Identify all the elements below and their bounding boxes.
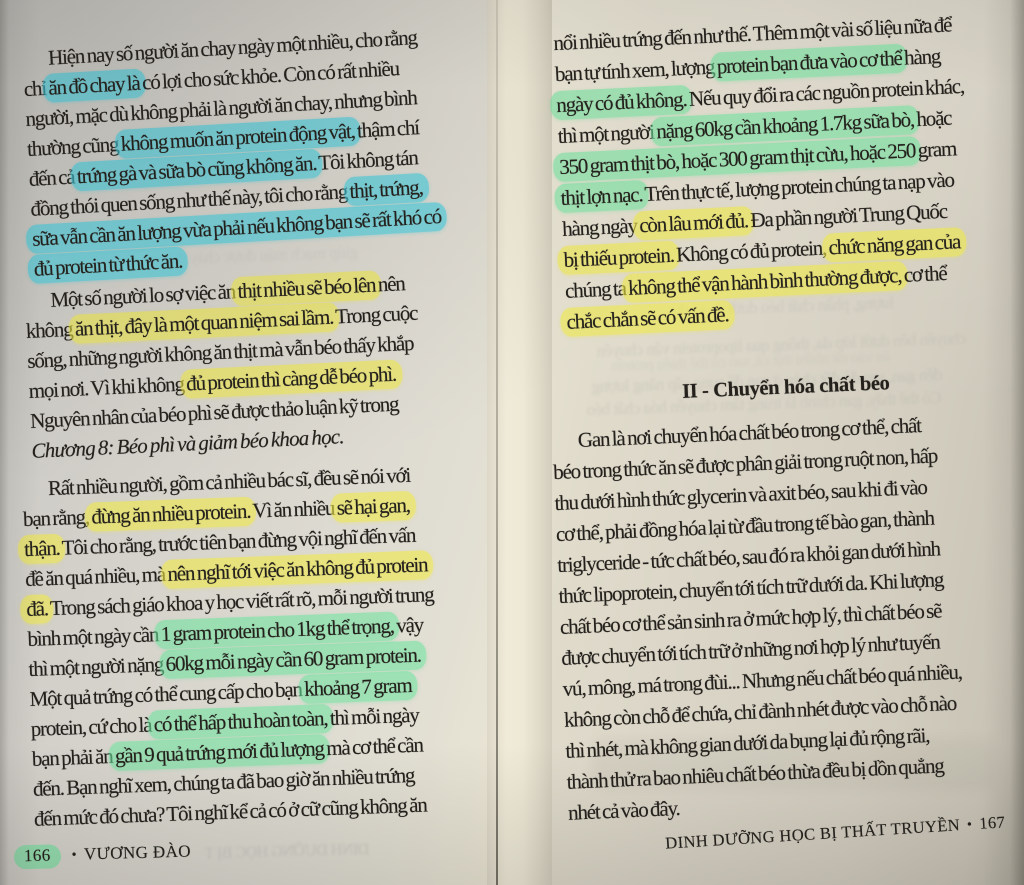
highlight-y: sẽ hại gan, [330,491,416,523]
text-segment: thường cũng [26,132,121,161]
text-segment: Trong cuộc [333,301,418,329]
left-page-number: 166 [14,844,61,869]
text-segment: bạn tự tính xem, lượng [554,54,717,86]
text-segment: chúng ta [565,276,629,303]
bleedthrough-text: DINH DƯỠNG HỌC BỊ T [205,841,370,863]
text-segment: bạn phải ăn [31,744,115,771]
text-segment: Tôi không tán [316,145,419,175]
text-segment: đề ăn quá nhiều, mà [25,562,168,591]
footer-bullet: • [967,817,973,833]
right-page-text: nổi nhiều trứng đến như thế. Thêm một và… [560,28,1012,829]
paragraph: Gan là nơi chuyển hóa chất béo trong cơ … [551,406,1020,828]
left-page-text: Hiện nay số người ăn chay ngày một nhiều… [28,44,482,834]
text-segment: bạn rằng, [23,505,92,531]
text-segment: nên [375,271,405,296]
text-segment: mà cơ thể cần [323,733,423,761]
text-segment: hoặc [913,106,951,132]
text-segment: Đa phần người Trung Quốc [747,199,947,232]
left-running-title: VƯƠNG ĐÀO [84,842,191,864]
highlight-g: thịt lợn nạc. [554,180,649,213]
book-photo: giúp mạch máu được chảy thông DINH DƯỠNG… [0,0,1024,885]
highlight-y: chắc chắn sẽ có vấn đề. [560,300,735,337]
text-segment: bình một ngày cần [27,622,161,651]
left-page-footer: 166•VƯƠNG ĐÀO [14,841,192,870]
text-segment: thì một người nặng [28,652,166,681]
text-segment: hàng [901,44,941,70]
text-segment: Không có đủ protein, [673,235,829,266]
text-segment: gram [915,136,957,162]
highlight-y: còn lâu mới đủ. [633,206,755,241]
text-segment: protein, cứ cho là [30,712,154,740]
paragraph: Một số người lo sợ việc ăn thịt nhiều sẽ… [24,265,486,466]
text-segment: vậy [393,613,423,638]
text-segment: nhét cả vào đây. [568,796,680,825]
right-page: lượng, phần chất béo dưới da sẽ dư chuyể… [552,0,1024,885]
text-segment: Vì ăn nhiều [250,496,337,523]
highlight-y: bị thiếu protein. [557,240,680,275]
left-page: giúp mạch máu được chảy thông DINH DƯỠNG… [0,0,487,885]
text-segment: thì mỗi ngày [327,703,419,730]
section-heading: II - Chuyển hóa chất béo [559,363,1012,412]
highlight-g: khoảng 7 gram [298,671,418,704]
text-segment: thậm chí [354,115,420,143]
footer-bullet: • [71,848,77,864]
paragraph: Hiện nay số người ăn chay ngày một nhiều… [21,19,488,284]
book-gutter [487,0,552,885]
paragraph: nổi nhiều trứng đến như thế. Thêm một và… [553,7,1019,338]
text-segment: thì một người [557,119,657,148]
paragraph: Rất nhiều người, gồm cả nhiều bác sĩ, đề… [21,457,488,833]
text-segment: mọi nơi. Vì khi không [28,372,187,403]
text-segment: hàng ngày [562,213,640,241]
right-page-number: 167 [979,812,1006,833]
text-segment: cơ thể [901,261,947,287]
